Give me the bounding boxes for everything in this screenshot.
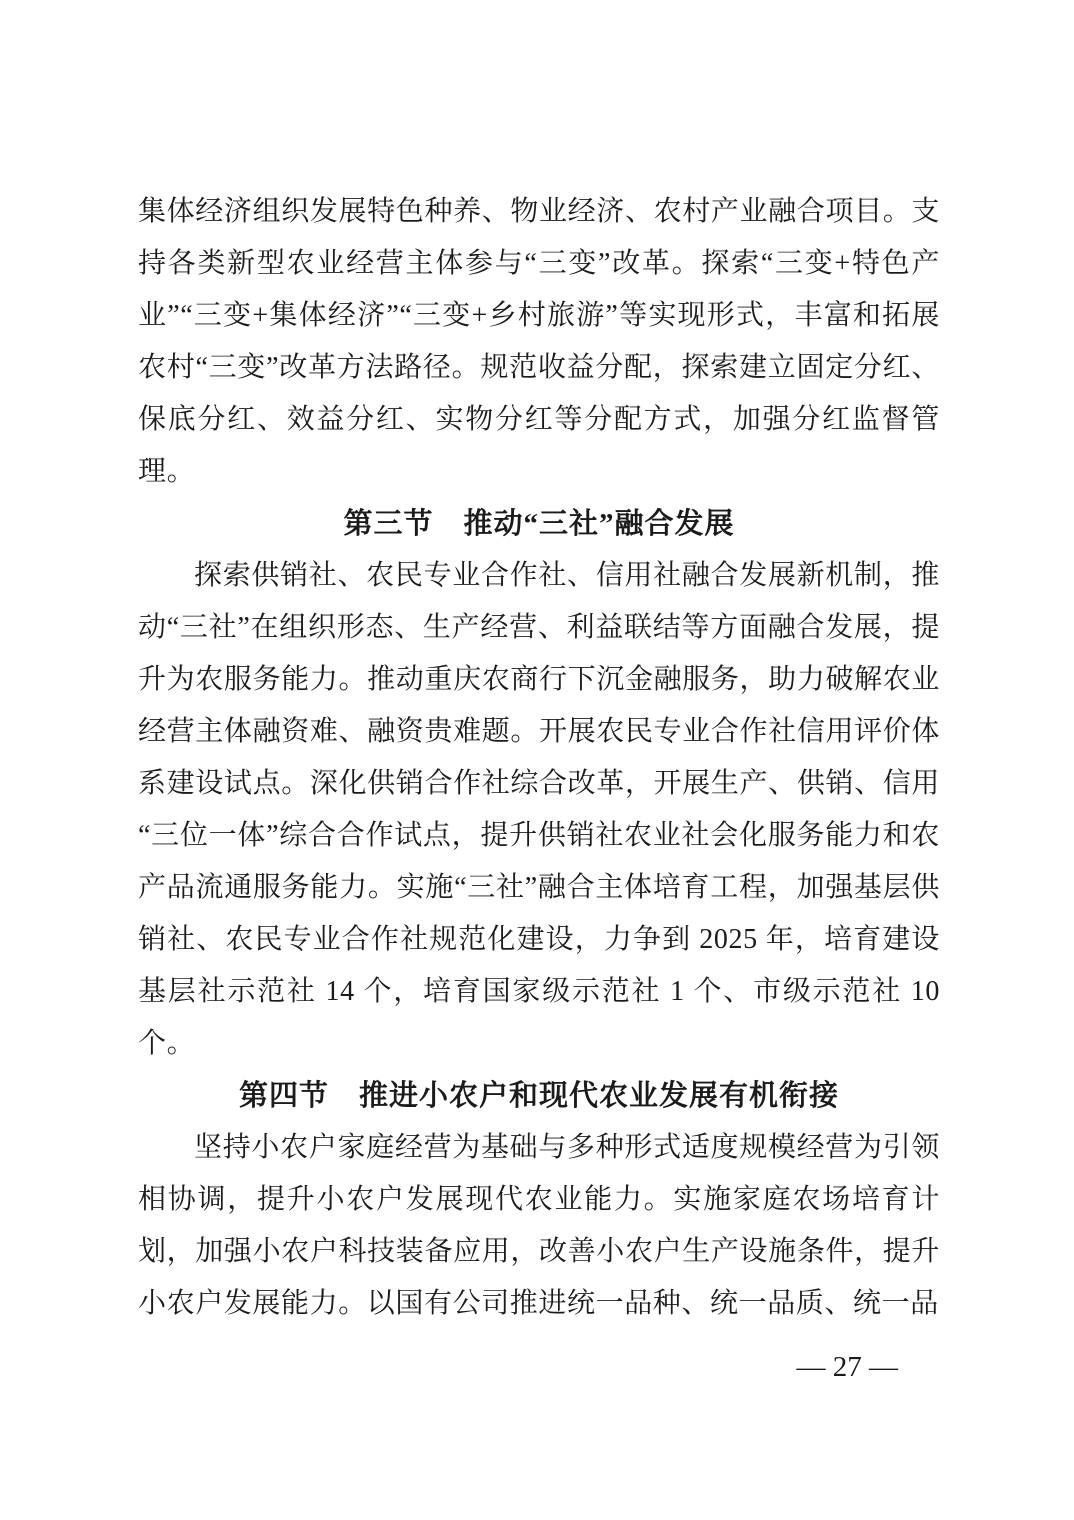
section-heading-four: 第四节 推进小农户和现代农业发展有机衔接 <box>138 1070 940 1122</box>
body-paragraph-sanbian-reform: 集体经济组织发展特色种养、物业经济、农村产业融合项目。支持各类新型农业经营主体参… <box>138 186 940 498</box>
document-page: 集体经济组织发展特色种养、物业经济、农村产业融合项目。支持各类新型农业经营主体参… <box>0 0 1074 1520</box>
body-paragraph-smallholder-development: 坚持小农户家庭经营为基础与多种形式适度规模经营为引领相协调，提升小农户发展现代农… <box>138 1122 940 1330</box>
page-number: — 27 — <box>797 1342 899 1392</box>
section-heading-three: 第三节 推动“三社”融合发展 <box>138 498 940 550</box>
body-paragraph-sanshe-integration: 探索供销社、农民专业合作社、信用社融合发展新机制，推动“三社”在组织形态、生产经… <box>138 550 940 1070</box>
page-content: 集体经济组织发展特色种养、物业经济、农村产业融合项目。支持各类新型农业经营主体参… <box>138 186 940 1330</box>
